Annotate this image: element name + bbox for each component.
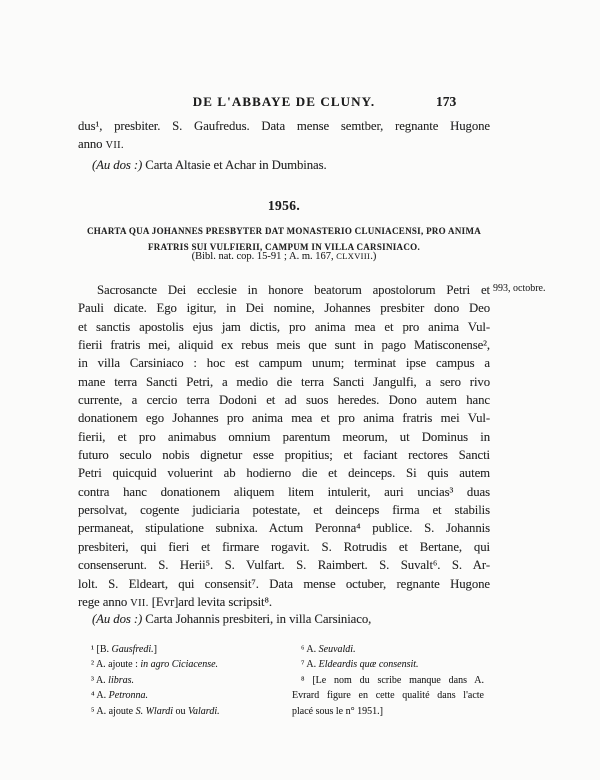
text-segment: Petronna. [109, 690, 148, 701]
text-line: ² A. ajoute : in agro Ciciacense. [82, 657, 292, 672]
footnotes-left-column: ¹ [B. Gausfredi.]² A. ajoute : in agro C… [82, 642, 292, 719]
text-line: fierii fratris mei, aliquid ex rebus mei… [78, 336, 490, 354]
text-segment: ⁶ A. [301, 644, 319, 655]
text-line: donationem ego Johannes pro anima mea et… [78, 409, 490, 427]
text-line: currente, a cercio terra Dodoni et ad su… [78, 391, 490, 409]
book-page: DE L'ABBAYE DE CLUNY. 173 dus¹, presbite… [0, 0, 600, 780]
text-line: Evrard figure en cette qualité dans l'ac… [292, 688, 484, 703]
text-line: presbiteri, qui fieri et firmare rogavit… [78, 538, 490, 556]
text-segment: S. Wlardi [136, 706, 173, 717]
text-segment: Gausfredi. [112, 644, 154, 655]
text-line: Pauli dicate. Ego igitur, in Dei nomine,… [78, 299, 490, 317]
text-line: futuro seculo nobis dignetur esse propit… [78, 446, 490, 464]
text-line: (Au dos :) Carta Altasie et Achar in Dum… [78, 156, 490, 174]
text-line: consenserunt. S. Herii⁵. S. Vulfart. S. … [78, 556, 490, 574]
text-line: ⁴ A. Petronna. [82, 688, 292, 703]
charter-audos-note: (Au dos :) Carta Johannis presbiteri, in… [78, 610, 490, 628]
text-segment: ⁵ A. ajoute [91, 706, 136, 717]
text-line: mane terra Sancti Petri, a medio die ter… [78, 373, 490, 391]
text-segment: Carta Johannis presbiteri, in villa Cars… [142, 612, 371, 626]
text-segment: ] [154, 644, 157, 655]
text-segment: Valardi. [188, 706, 220, 717]
footnotes-right-column: ⁶ A. Seuvaldi.⁷ A. Eldeardis quæ consens… [292, 642, 484, 719]
text-line: CHARTA QUA JOHANNES PRESBYTER DAT MONAST… [66, 223, 502, 239]
text-line: lolt. S. Eldeart, qui consensit⁷. Data m… [78, 575, 490, 593]
text-segment: Carta Altasie et Achar in Dumbinas. [142, 158, 326, 172]
text-segment: libras. [108, 675, 134, 686]
margin-date-note: 993, octobre. [493, 283, 593, 294]
text-line: ⁷ A. Eldeardis quæ consensit. [292, 657, 484, 672]
text-line: ⁸ [Le nom du scribe manque dans A. [292, 673, 484, 688]
text-segment: (Bibl. nat. cop. 15-91 ; A. m. 167, [192, 251, 337, 262]
text-line: ⁵ A. ajoute S. Wlardi ou Valardi. [82, 704, 292, 719]
text-line: placé sous le n° 1951.] [292, 704, 484, 719]
text-line: ⁶ A. Seuvaldi. [292, 642, 484, 657]
text-line: ¹ [B. Gausfredi.] [82, 642, 292, 657]
text-segment: ⁴ A. [91, 690, 109, 701]
text-line: in villa Carsiniaco : hoc est campum unu… [78, 354, 490, 372]
charter-number: 1956. [78, 198, 490, 214]
text-line: fierii, et pro animabus omnium parentum … [78, 428, 490, 446]
text-segment: in agro Ciciacense. [140, 659, 218, 670]
text-segment: [Evr]ard levita scripsit⁸. [149, 595, 272, 609]
text-segment: .) [370, 251, 376, 262]
text-segment: VII. [106, 140, 124, 151]
text-line: contra hanc donationem aliquem litem int… [78, 483, 490, 501]
text-line: Sacrosancte Dei ecclesie in honore beato… [78, 281, 490, 299]
text-segment: rege anno [78, 595, 130, 609]
text-line: (Au dos :) Carta Johannis presbiteri, in… [78, 610, 490, 628]
charter-body-text: Sacrosancte Dei ecclesie in honore beato… [78, 281, 490, 613]
text-segment: ³ A. [91, 675, 108, 686]
text-line: ³ A. libras. [82, 673, 292, 688]
text-segment: ¹ [B. [91, 644, 112, 655]
text-line: Petri quicquid voluerint ab hodierno die… [78, 464, 490, 482]
text-line: et sanctis apostolis ejus jam dictis, pr… [78, 318, 490, 336]
text-segment: (Au dos :) [92, 158, 142, 172]
text-segment: ou [173, 706, 188, 717]
previous-charter-text: dus¹, presbiter. S. Gaufredus. Data mens… [78, 117, 490, 174]
page-number: 173 [436, 94, 476, 110]
text-line: persolvat, cogente judiciaria potestate,… [78, 501, 490, 519]
text-segment: Seuvaldi. [319, 644, 356, 655]
text-segment: CLXVIII [336, 252, 370, 261]
text-line: permaneat, stipulatione subnixa. Actum P… [78, 519, 490, 537]
text-line: dus¹, presbiter. S. Gaufredus. Data mens… [78, 117, 490, 135]
text-segment: ⁷ A. [301, 659, 319, 670]
text-segment: ² A. ajoute : [91, 659, 140, 670]
text-segment: Eldeardis quæ consensit. [319, 659, 419, 670]
text-segment: anno [78, 137, 106, 151]
charter-source-reference: (Bibl. nat. cop. 15-91 ; A. m. 167, CLXV… [78, 251, 490, 262]
text-segment: (Au dos :) [92, 612, 142, 626]
text-segment: VII. [130, 598, 148, 609]
running-header: DE L'ABBAYE DE CLUNY. [78, 94, 490, 110]
text-line: (Bibl. nat. cop. 15-91 ; A. m. 167, CLXV… [78, 251, 490, 262]
text-line: anno VII. [78, 135, 490, 155]
